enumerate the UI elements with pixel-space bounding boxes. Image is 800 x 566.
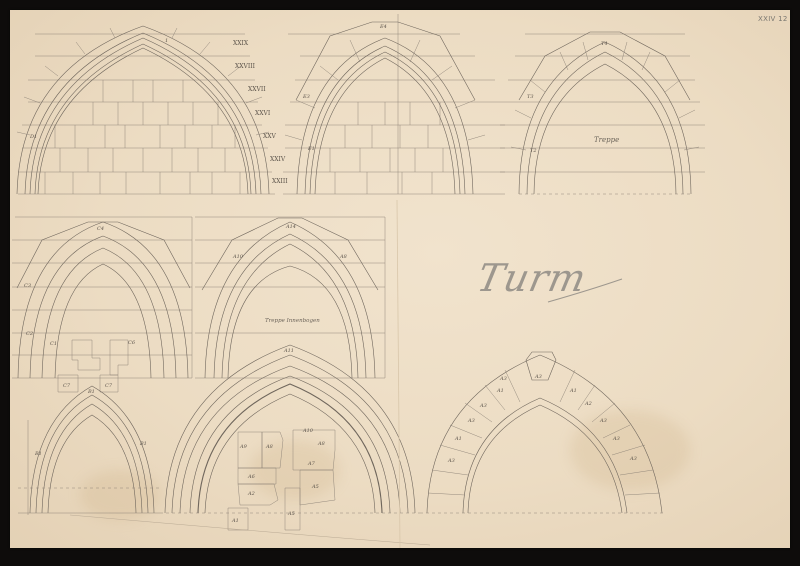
arch-2: E4 E3 E1 — [283, 14, 505, 194]
jamb-label: A5 — [287, 511, 295, 517]
course-numeral: XXVI — [255, 110, 271, 117]
arch-6: B1 B1 B1 — [18, 386, 160, 515]
voussoir-label: A2 — [584, 401, 592, 407]
jamb-label: A5 — [311, 484, 319, 490]
voussoir-label: A3 — [499, 376, 507, 382]
voussoir-label: A1 — [496, 388, 504, 394]
impost-label: C7 — [63, 383, 71, 389]
jamb-label: A10 — [302, 428, 314, 434]
voussoir-label: A1 — [569, 388, 577, 394]
voussoir-label: A3 — [479, 403, 487, 409]
voussoir-label: E4 — [379, 24, 387, 30]
voussoir-label: 1 — [165, 38, 168, 44]
title-flourish — [548, 279, 622, 302]
course-numeral: XXIV — [270, 156, 286, 163]
arch-drawings: XXIX XXVIII XXVII XXVI XXV XXIV XXIII D1… — [0, 0, 800, 566]
voussoir-label: A3 — [467, 418, 475, 424]
voussoir-label: C2 — [26, 331, 33, 337]
voussoir-label: E1 — [307, 146, 315, 152]
arch-caption: Treppe Innenbogen — [265, 318, 320, 324]
paper-fold — [397, 200, 400, 548]
voussoir-label: A3 — [612, 436, 620, 442]
voussoir-label: A8 — [339, 254, 347, 260]
course-numeral: XXV — [263, 133, 277, 140]
course-numeral: XXIII — [272, 178, 288, 185]
voussoir-label: T3 — [527, 94, 534, 100]
voussoir-label: A3 — [629, 456, 637, 462]
voussoir-label: T4 — [601, 41, 608, 47]
jamb-label: A8 — [317, 441, 325, 447]
jamb-label: A8 — [265, 444, 273, 450]
jamb-label: A9 — [239, 444, 248, 450]
arch-7: A11 A9 A8 A6 A2 A1 A10 A8 A7 A5 A5 — [160, 345, 420, 530]
course-numeral: XXIX — [233, 40, 249, 47]
voussoir-label: T2 — [530, 148, 537, 154]
paper-crease — [70, 515, 430, 545]
voussoir-label: C6 — [128, 340, 136, 346]
voussoir-label: E3 — [302, 94, 310, 100]
arch-8: A3 A3 A1 A3 A3 A1 A3 A1 A2 A3 A3 A3 — [420, 352, 665, 513]
jamb-label: A6 — [247, 474, 256, 480]
course-numeral: XXVIII — [235, 63, 256, 70]
voussoir-label: D1 — [29, 134, 37, 140]
voussoir-label: B1 — [139, 441, 147, 447]
impost-label: C7 — [105, 383, 113, 389]
keystone-label: A3 — [534, 374, 542, 380]
arch-3: Treppe T4 T3 T2 — [500, 32, 705, 194]
jamb-label: A7 — [307, 461, 316, 467]
course-numeral: XXVII — [248, 86, 266, 93]
voussoir-label: C1 — [50, 341, 57, 347]
arch-caption: Treppe — [594, 136, 619, 144]
arch-4: C4 C3 C2 C1 C6 C7 C7 — [12, 217, 192, 392]
voussoir-label: C4 — [97, 226, 104, 232]
jamb-label: A1 — [231, 518, 239, 524]
voussoir-label: C3 — [24, 283, 31, 289]
arch-1: XXIX XXVIII XXVII XXVI XXV XXIV XXIII D1… — [17, 26, 288, 194]
scan-background: XXIV 12 Turm — [0, 0, 800, 566]
voussoir-label: B1 — [87, 389, 95, 395]
voussoir-label: A11 — [283, 348, 294, 354]
voussoir-label: A1 — [454, 436, 462, 442]
voussoir-label: A3 — [447, 458, 455, 464]
voussoir-label: A3 — [599, 418, 607, 424]
voussoir-label: A10 — [232, 254, 244, 260]
voussoir-label: A14 — [285, 224, 296, 230]
jamb-label: A2 — [247, 491, 255, 497]
voussoir-label: B1 — [34, 451, 42, 457]
